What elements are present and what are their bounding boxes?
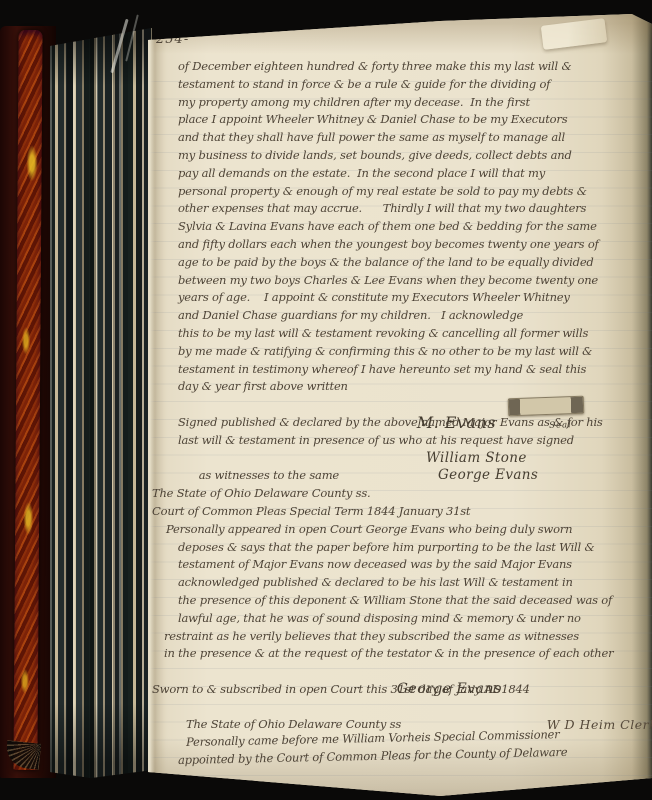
will-line: between my two boys Charles & Lee Evans …	[178, 272, 652, 290]
jurat-line: Sworn to & subscribed in open Court this…	[152, 681, 652, 699]
witness-row: George Evans	[178, 467, 652, 485]
will-line: other expenses that may accrue. Thirdly …	[178, 200, 652, 218]
will-line: Sylvia & Lavina Evans have each of them …	[178, 218, 652, 236]
deponent-signature-row: George Evans	[178, 663, 652, 681]
witness-signature-george-evans: George Evans	[438, 467, 538, 485]
clerk-signature-row: W D Heim Clerk	[178, 699, 652, 717]
will-line: testament to stand in force & be a rule …	[178, 76, 652, 94]
deposition-line: acknowledged published & declared to be …	[178, 574, 652, 592]
will-line: and fifty dollars each when the youngest…	[178, 236, 652, 254]
deposition-line: deposes & says that the paper before him…	[178, 539, 652, 557]
court-heading-line: Court of Common Pleas Special Term 1844 …	[152, 503, 652, 521]
will-line: and that they shall have full power the …	[178, 129, 652, 147]
will-line: years of age. I appoint & constitute my …	[178, 289, 652, 307]
deposition-line: in the presence & at the request of the …	[164, 645, 652, 663]
attestation-line: Signed published & declared by the above…	[178, 414, 652, 432]
witness-signature-william-stone: William Stone	[426, 450, 527, 468]
will-line: age to be paid by the boys & the balance…	[178, 254, 652, 272]
will-line: of December eighteen hundred & forty thr…	[178, 58, 652, 76]
deposition-line: testament of Major Evans now deceased wa…	[178, 556, 652, 574]
will-line: this to be my last will & testament revo…	[178, 325, 652, 343]
will-line: my property among my children after my d…	[178, 94, 652, 112]
signature-row: M. Evans Seal	[178, 396, 652, 414]
page-number: 254-	[156, 32, 189, 47]
will-line: day & year first above written	[178, 378, 652, 396]
page-corner-fold	[541, 18, 607, 50]
will-line: by me made & ratifying & confirming this…	[178, 343, 652, 361]
deposition-line: restraint as he verily believes that the…	[164, 628, 652, 646]
will-line: pay all demands on the estate. In the se…	[178, 165, 652, 183]
deposition-line: lawful age, that he was of sound disposi…	[178, 610, 652, 628]
will-line: testament in testimony whereof I have he…	[178, 361, 652, 379]
manuscript-page: 254- of December eighteen hundred & fort…	[148, 14, 652, 800]
will-line: my business to divide lands, set bounds,…	[178, 147, 652, 165]
court-heading-line: The State of Ohio Delaware County ss.	[152, 485, 652, 503]
will-line: place I appoint Wheeler Whitney & Daniel…	[178, 111, 652, 129]
handwritten-text: of December eighteen hundred & forty thr…	[178, 58, 652, 770]
will-line: and Daniel Chase guardians for my childr…	[178, 307, 652, 325]
attestation-line: last will & testament in presence of us …	[178, 432, 652, 450]
page-edge-stack	[50, 26, 152, 778]
will-line: personal property & enough of my real es…	[178, 183, 652, 201]
deposition-line: the presence of this deponent & William …	[178, 592, 652, 610]
deposition-line: Personally appeared in open Court George…	[166, 521, 652, 539]
attestation-line: as witnesses to the same William Stone	[178, 450, 652, 468]
page-deckle-edge	[148, 34, 155, 784]
